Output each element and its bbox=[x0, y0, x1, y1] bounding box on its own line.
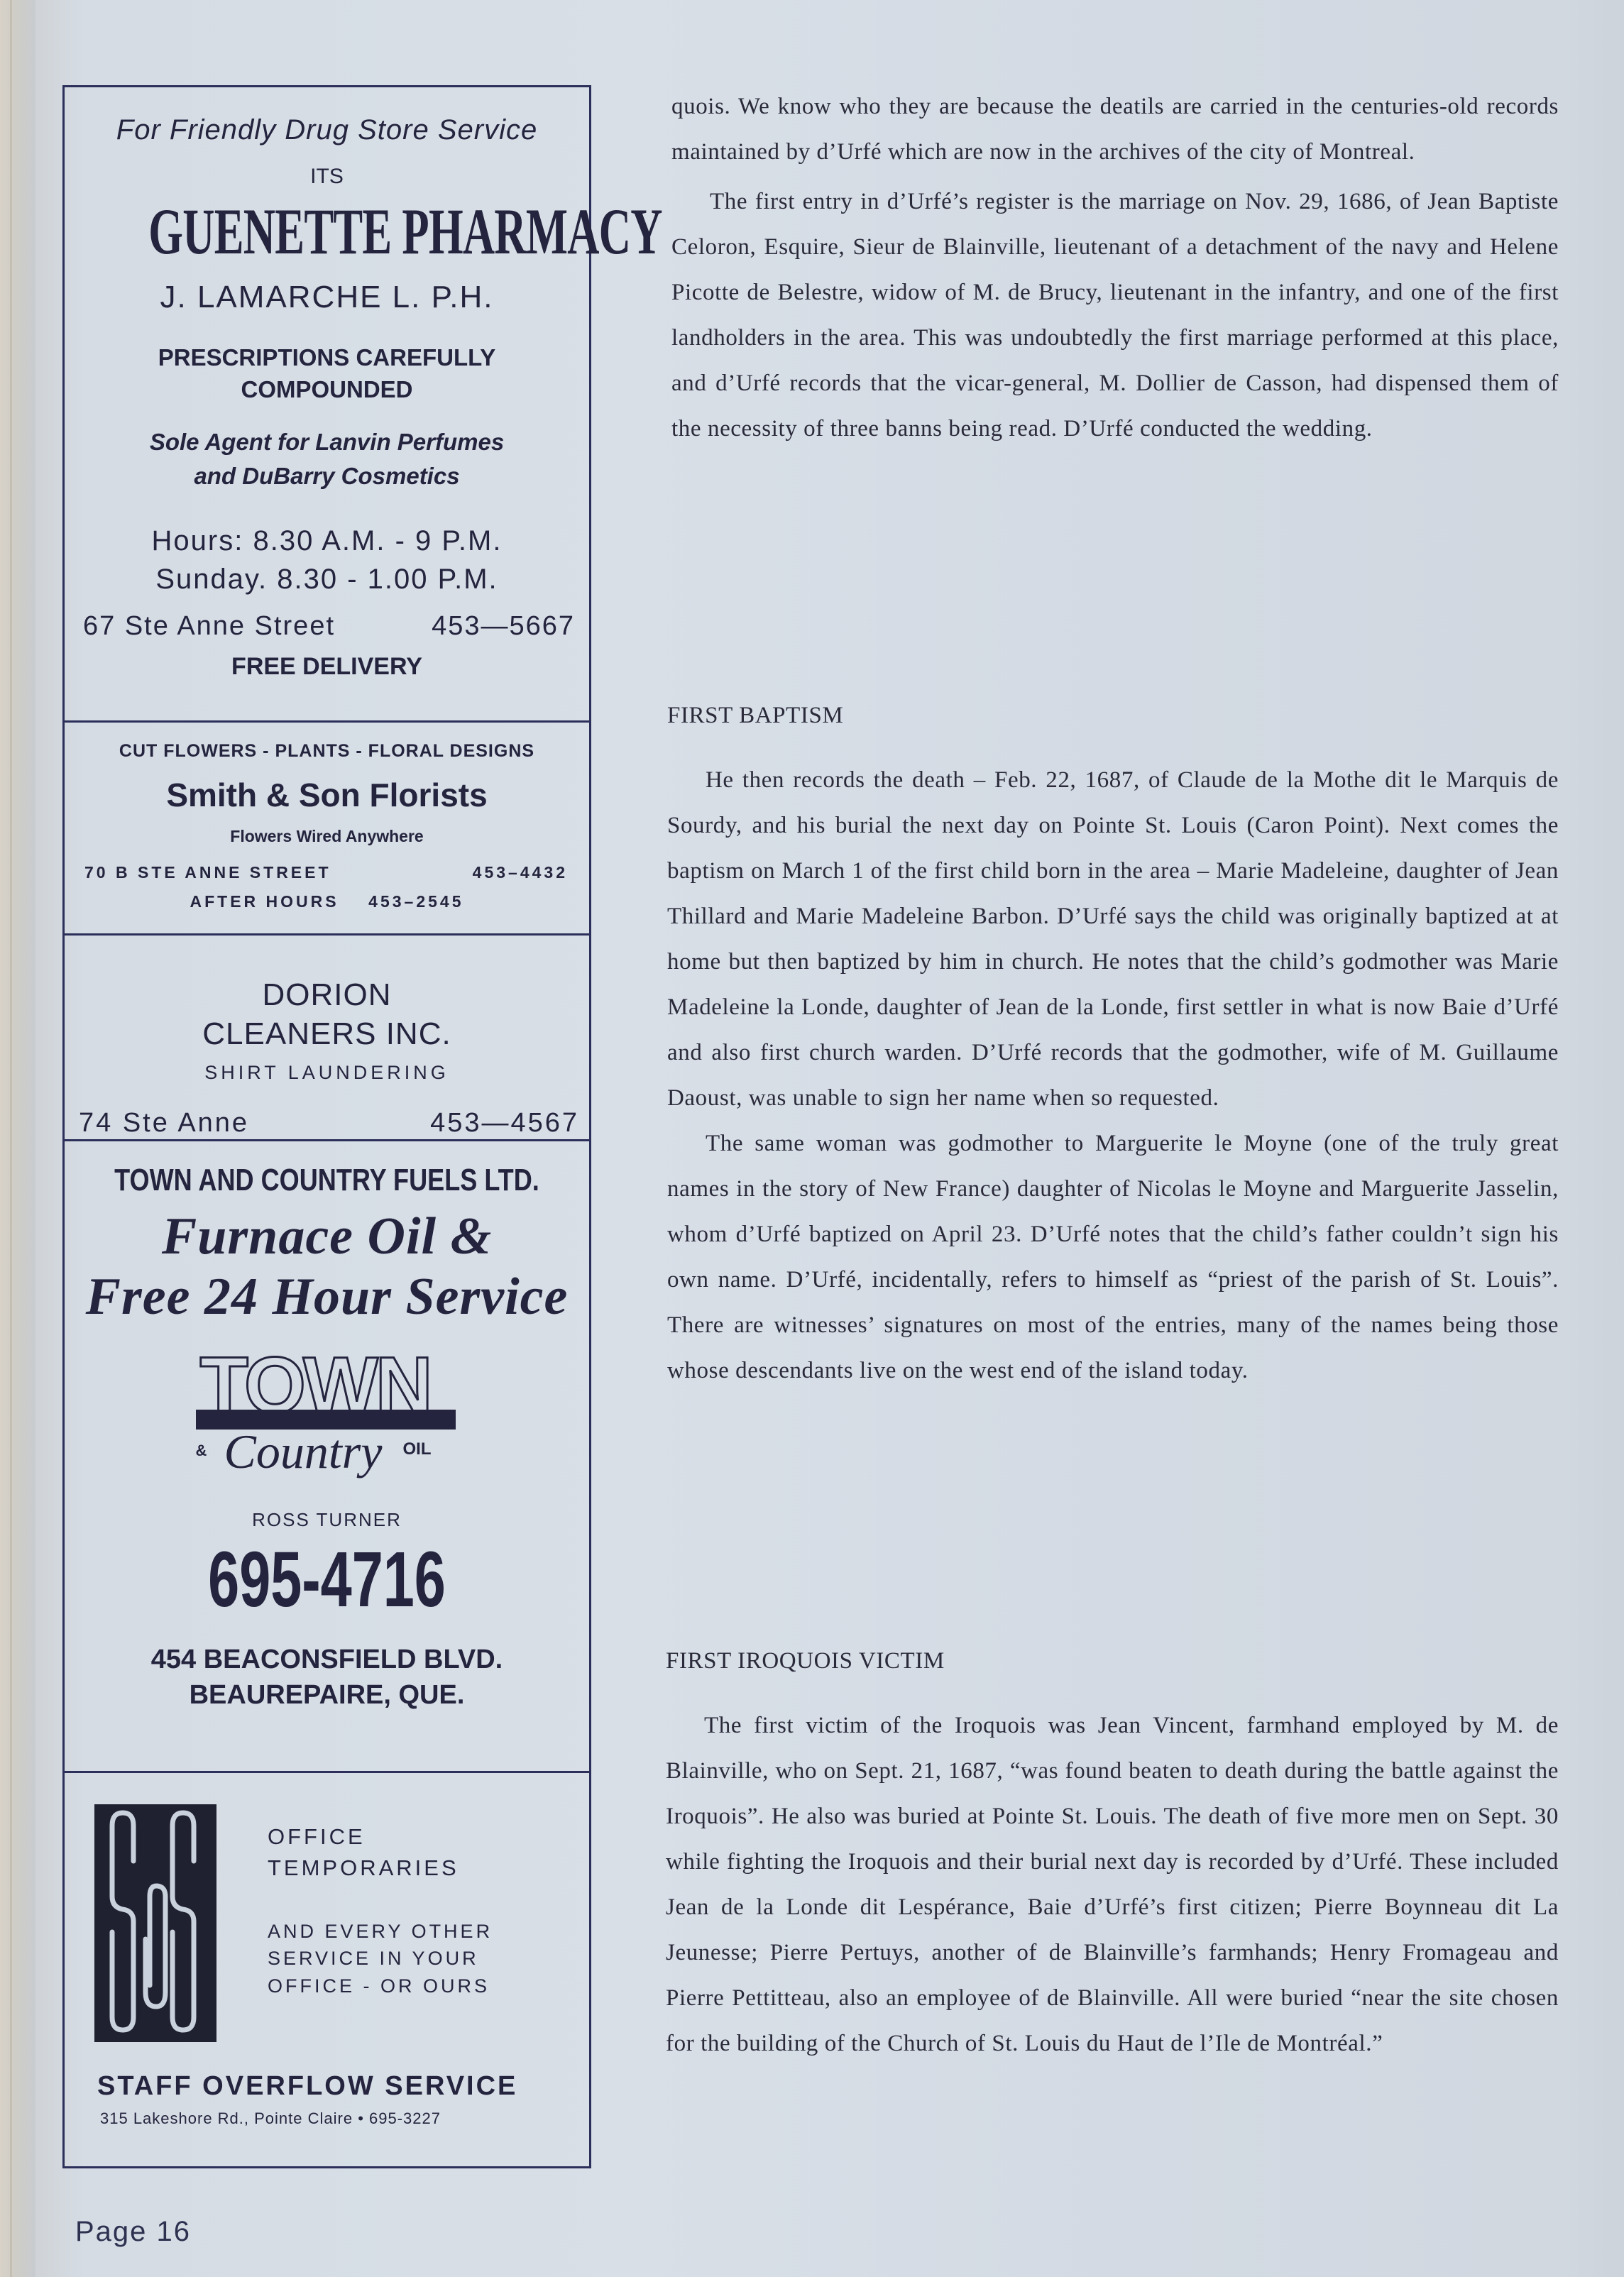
ad-dorion-cleaners: DORION CLEANERS INC. SHIRT LAUNDERING 74… bbox=[62, 933, 591, 1139]
ad-guenette-pharmacy: For Friendly Drug Store Service ITS GUEN… bbox=[62, 85, 591, 720]
cleaners-address: 74 Ste Anne bbox=[79, 1108, 249, 1138]
section-heading: FIRST BAPTISM bbox=[667, 703, 1559, 729]
sos-description: OFFICE TEMPORARIES AND EVERY OTHER SERVI… bbox=[268, 1821, 493, 1999]
paragraph: The first entry in d’Urfé’s register is … bbox=[671, 179, 1559, 451]
florist-address: 70 B STE ANNE STREET bbox=[84, 863, 331, 882]
pharmacy-owner: J. LAMARCHE L. P.H. bbox=[65, 280, 589, 315]
florist-after-hours: AFTER HOURS 453–2545 bbox=[65, 892, 589, 911]
florist-services: CUT FLOWERS - PLANTS - FLORAL DESIGNS bbox=[65, 741, 589, 762]
ad-smith-florists: CUT FLOWERS - PLANTS - FLORAL DESIGNS Sm… bbox=[62, 720, 591, 933]
pharmacy-address: 67 Ste Anne Street bbox=[83, 611, 335, 642]
cleaners-phone: 453—4567 bbox=[430, 1108, 579, 1138]
section-first-iroquois-victim: FIRST IROQUOIS VICTIM The first victim o… bbox=[666, 1648, 1559, 2066]
cleaners-address-row: 74 Ste Anne 453—4567 bbox=[79, 1108, 579, 1138]
pharmacy-name: GUENETTE PHARMACY bbox=[148, 199, 505, 264]
pharmacy-phone: 453—5667 bbox=[432, 611, 575, 642]
page-number: Page 16 bbox=[75, 2216, 191, 2248]
florist-address-row: 70 B STE ANNE STREET 453–4432 bbox=[84, 863, 568, 882]
pharmacy-delivery: FREE DELIVERY bbox=[65, 653, 589, 681]
sos-paperclip-logo-icon bbox=[94, 1804, 216, 2042]
section-heading: FIRST IROQUOIS VICTIM bbox=[666, 1648, 1559, 1674]
paragraph: He then records the death – Feb. 22, 168… bbox=[667, 757, 1559, 1121]
magazine-page: For Friendly Drug Store Service ITS GUEN… bbox=[0, 0, 1624, 2277]
cleaners-service: SHIRT LAUNDERING bbox=[65, 1062, 589, 1084]
florist-phone: 453–4432 bbox=[473, 863, 568, 882]
ad-town-country-fuels: TOWN AND COUNTRY FUELS LTD. Furnace Oil … bbox=[62, 1139, 591, 1771]
florist-wired: Flowers Wired Anywhere bbox=[65, 827, 589, 846]
pharmacy-prescriptions: PRESCRIPTIONS CAREFULLY COMPOUNDED bbox=[65, 342, 589, 405]
advertisement-column: For Friendly Drug Store Service ITS GUEN… bbox=[62, 85, 591, 2168]
pharmacy-hours: Hours: 8.30 A.M. - 9 P.M. Sunday. 8.30 -… bbox=[65, 522, 589, 598]
article-intro: quois. We know who they are because the … bbox=[671, 84, 1559, 451]
fuels-slogan: Furnace Oil & Free 24 Hour Service bbox=[65, 1207, 589, 1327]
paragraph: quois. We know who they are because the … bbox=[671, 84, 1559, 175]
town-country-logo: TOWN & Country OIL bbox=[196, 1346, 459, 1481]
pharmacy-address-row: 67 Ste Anne Street 453—5667 bbox=[83, 611, 575, 642]
florist-name: Smith & Son Florists bbox=[65, 776, 589, 814]
fuels-name: TOWN AND COUNTRY FUELS LTD. bbox=[112, 1163, 542, 1198]
cleaners-name: DORION CLEANERS INC. bbox=[65, 975, 589, 1053]
fuels-contact: ROSS TURNER bbox=[65, 1509, 589, 1531]
book-spine bbox=[0, 0, 35, 2277]
pharmacy-agent: Sole Agent for Lanvin Perfumes and DuBar… bbox=[65, 425, 589, 493]
pharmacy-tagline: For Friendly Drug Store Service bbox=[65, 114, 589, 146]
paragraph: The first victim of the Iroquois was Jea… bbox=[666, 1703, 1559, 2066]
fuels-address: 454 BEACONSFIELD BLVD. BEAUREPAIRE, QUE. bbox=[65, 1642, 589, 1713]
pharmacy-its: ITS bbox=[65, 165, 589, 189]
sos-address: 315 Lakeshore Rd., Pointe Claire • 695-3… bbox=[100, 2109, 441, 2128]
paragraph: The same woman was godmother to Margueri… bbox=[667, 1121, 1559, 1393]
section-first-baptism: FIRST BAPTISM He then records the death … bbox=[667, 703, 1559, 1393]
ad-staff-overflow: OFFICE TEMPORARIES AND EVERY OTHER SERVI… bbox=[62, 1771, 591, 2168]
fuels-phone: 695-4716 bbox=[138, 1537, 515, 1623]
sos-name: STAFF OVERFLOW SERVICE bbox=[97, 2071, 517, 2102]
